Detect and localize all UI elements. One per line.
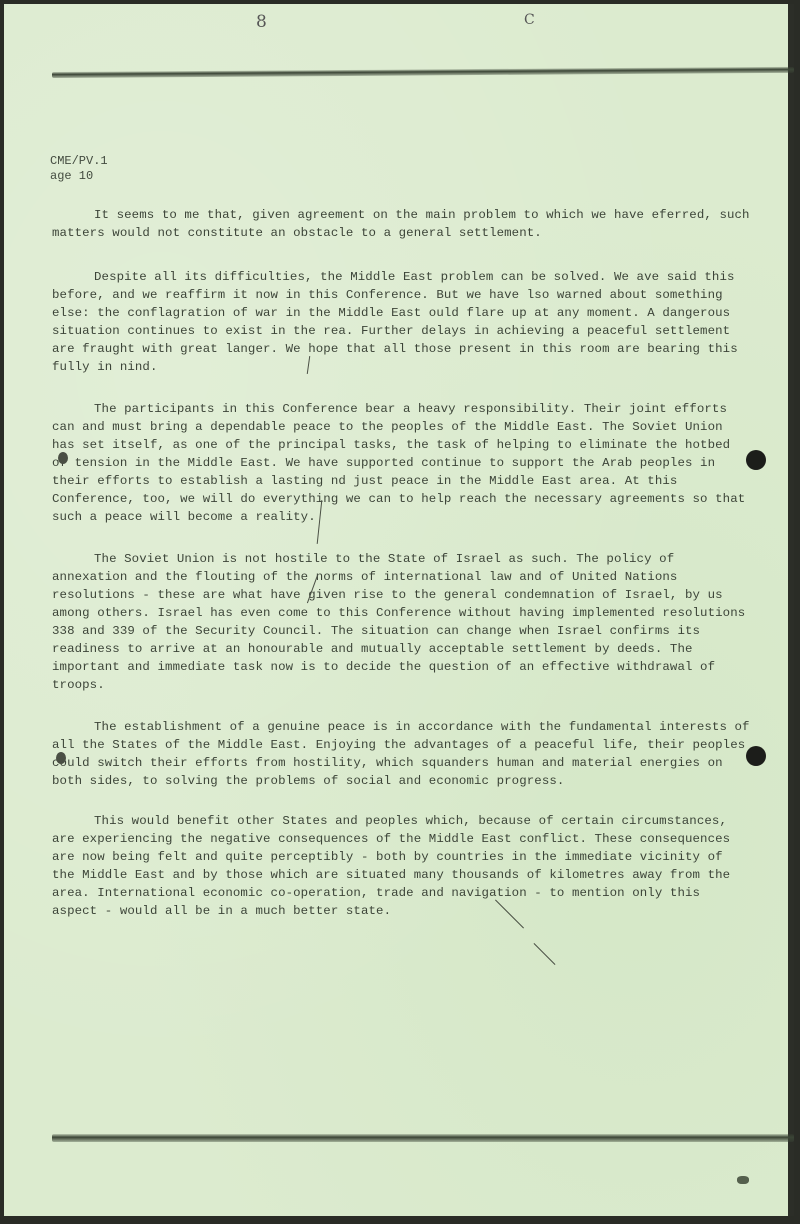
- handwritten-mark-c: C: [524, 12, 535, 28]
- page-edge: [788, 4, 794, 1216]
- bottom-scan-smudge-line: [52, 1134, 794, 1142]
- top-scan-smudge-line: [52, 67, 794, 78]
- handwritten-mark-8: 8: [256, 12, 267, 32]
- paragraph-1: It seems to me that, given agreement on …: [52, 206, 752, 242]
- punch-hole-icon: [746, 746, 766, 766]
- document-body: It seems to me that, given agreement on …: [52, 206, 752, 940]
- ink-blot-icon: [58, 452, 68, 464]
- pen-mark: [534, 943, 556, 965]
- punch-hole-icon: [746, 450, 766, 470]
- ink-speck-icon: [737, 1176, 749, 1184]
- top-handwritten-marks: 8 C: [4, 12, 794, 42]
- document-reference: CME/PV.1 age 10: [50, 154, 108, 184]
- page-number-label: age 10: [50, 169, 108, 184]
- paragraph-3: The participants in this Conference bear…: [52, 400, 752, 526]
- paragraph-2: Despite all its difficulties, the Middle…: [52, 268, 752, 376]
- document-code: CME/PV.1: [50, 154, 108, 169]
- paragraph-5: The establishment of a genuine peace is …: [52, 718, 752, 790]
- paragraph-6: This would benefit other States and peop…: [52, 812, 752, 920]
- ink-blot-icon: [56, 752, 66, 764]
- paragraph-4: The Soviet Union is not hostile to the S…: [52, 550, 752, 694]
- scanned-page: 8 C CME/PV.1 age 10 It seems to me that,…: [4, 4, 794, 1216]
